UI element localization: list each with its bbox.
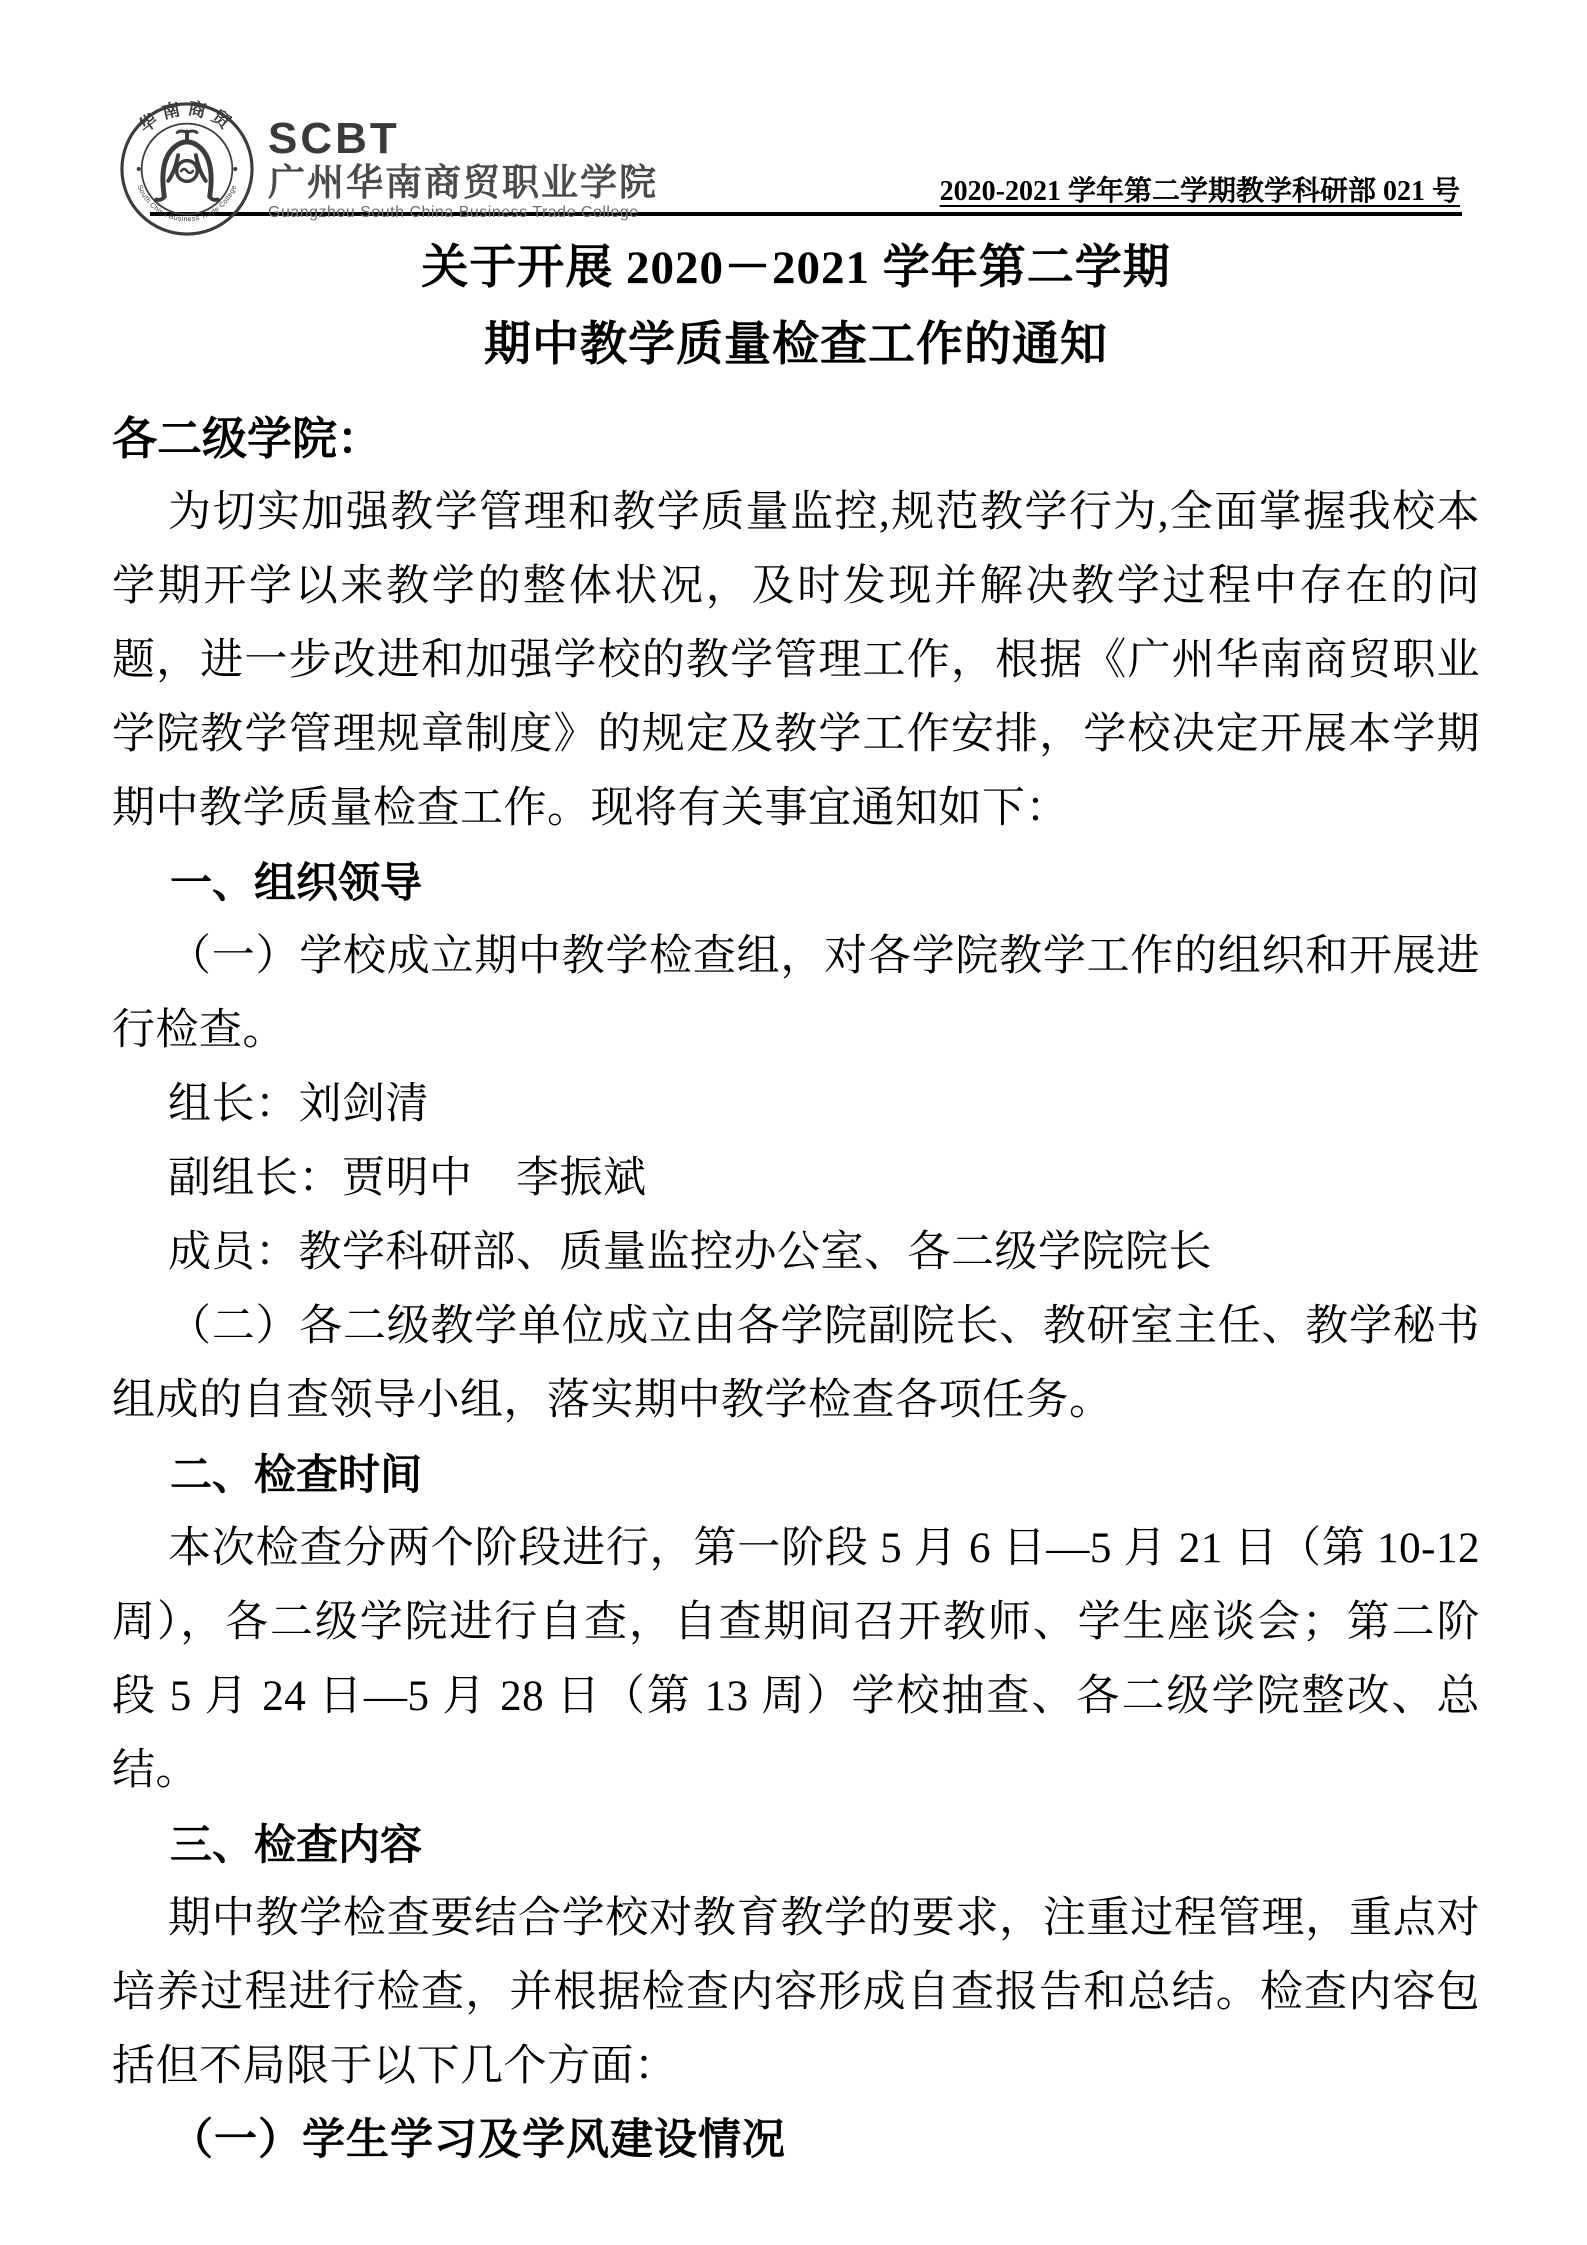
deputy-leader-line: 副组长：贾明中 李振斌 (112, 1142, 1480, 1216)
college-acronym: SCBT (268, 116, 788, 162)
section-2-paragraph: 本次检查分两个阶段进行，第一阶段 5 月 6 日—5 月 21 日（第 10-1… (112, 1512, 1480, 1808)
seal-emblem-icon (156, 131, 217, 200)
section-3-paragraph: 期中教学检查要结合学校对教育教学的要求，注重过程管理，重点对培养过程进行检查，并… (112, 1882, 1480, 2104)
group-leader-line: 组长：刘剑清 (112, 1068, 1480, 1142)
svg-text:South China Business Trade Col: South China Business Trade College (136, 184, 239, 224)
section-1-item-1: （一）学校成立期中教学检查组，对各学院教学工作的组织和开展进行检查。 (112, 920, 1480, 1068)
college-name-cn: 广州华南商贸职业学院 (268, 162, 788, 204)
document-content: 关于开展 2020－2021 学年第二学期 期中教学质量检查工作的通知 各二级学… (0, 230, 1587, 2178)
section-1-heading: 一、组织领导 (112, 846, 1480, 920)
logo-text-block: SCBT 广州华南商贸职业学院 Guangzhou South China Bu… (268, 116, 788, 222)
document-page: 华南商贸 South China Business Trade College (0, 0, 1587, 2245)
section-2-heading: 二、检查时间 (112, 1438, 1480, 1512)
document-number: 2020-2021 学年第二学期教学科研部 021 号 (940, 176, 1460, 208)
salutation: 各二级学院： (112, 402, 1480, 476)
title-line-1: 关于开展 2020－2021 学年第二学期 (112, 230, 1480, 307)
college-name-en: Guangzhou South China Business Trade Col… (268, 204, 788, 222)
members-line: 成员：教学科研部、质量监控办公室、各二级学院院长 (112, 1216, 1480, 1290)
title-line-2: 期中教学质量检查工作的通知 (112, 307, 1480, 384)
document-title: 关于开展 2020－2021 学年第二学期 期中教学质量检查工作的通知 (112, 230, 1480, 384)
seal-arc-bottom-text: South China Business Trade College (136, 184, 239, 224)
intro-paragraph: 为切实加强教学管理和教学质量监控,规范教学行为,全面掌握我校本学期开学以来教学的… (112, 476, 1480, 846)
section-3-subheading-1: （一）学生学习及学风建设情况 (112, 2104, 1480, 2178)
section-3-heading: 三、检查内容 (112, 1808, 1480, 1882)
letterhead: 华南商贸 South China Business Trade College (0, 0, 1587, 212)
section-1-item-2: （二）各二级教学单位成立由各学院副院长、教研室主任、教学秘书组成的自查领导小组，… (112, 1290, 1480, 1438)
college-seal-icon: 华南商贸 South China Business Trade College (118, 100, 256, 238)
